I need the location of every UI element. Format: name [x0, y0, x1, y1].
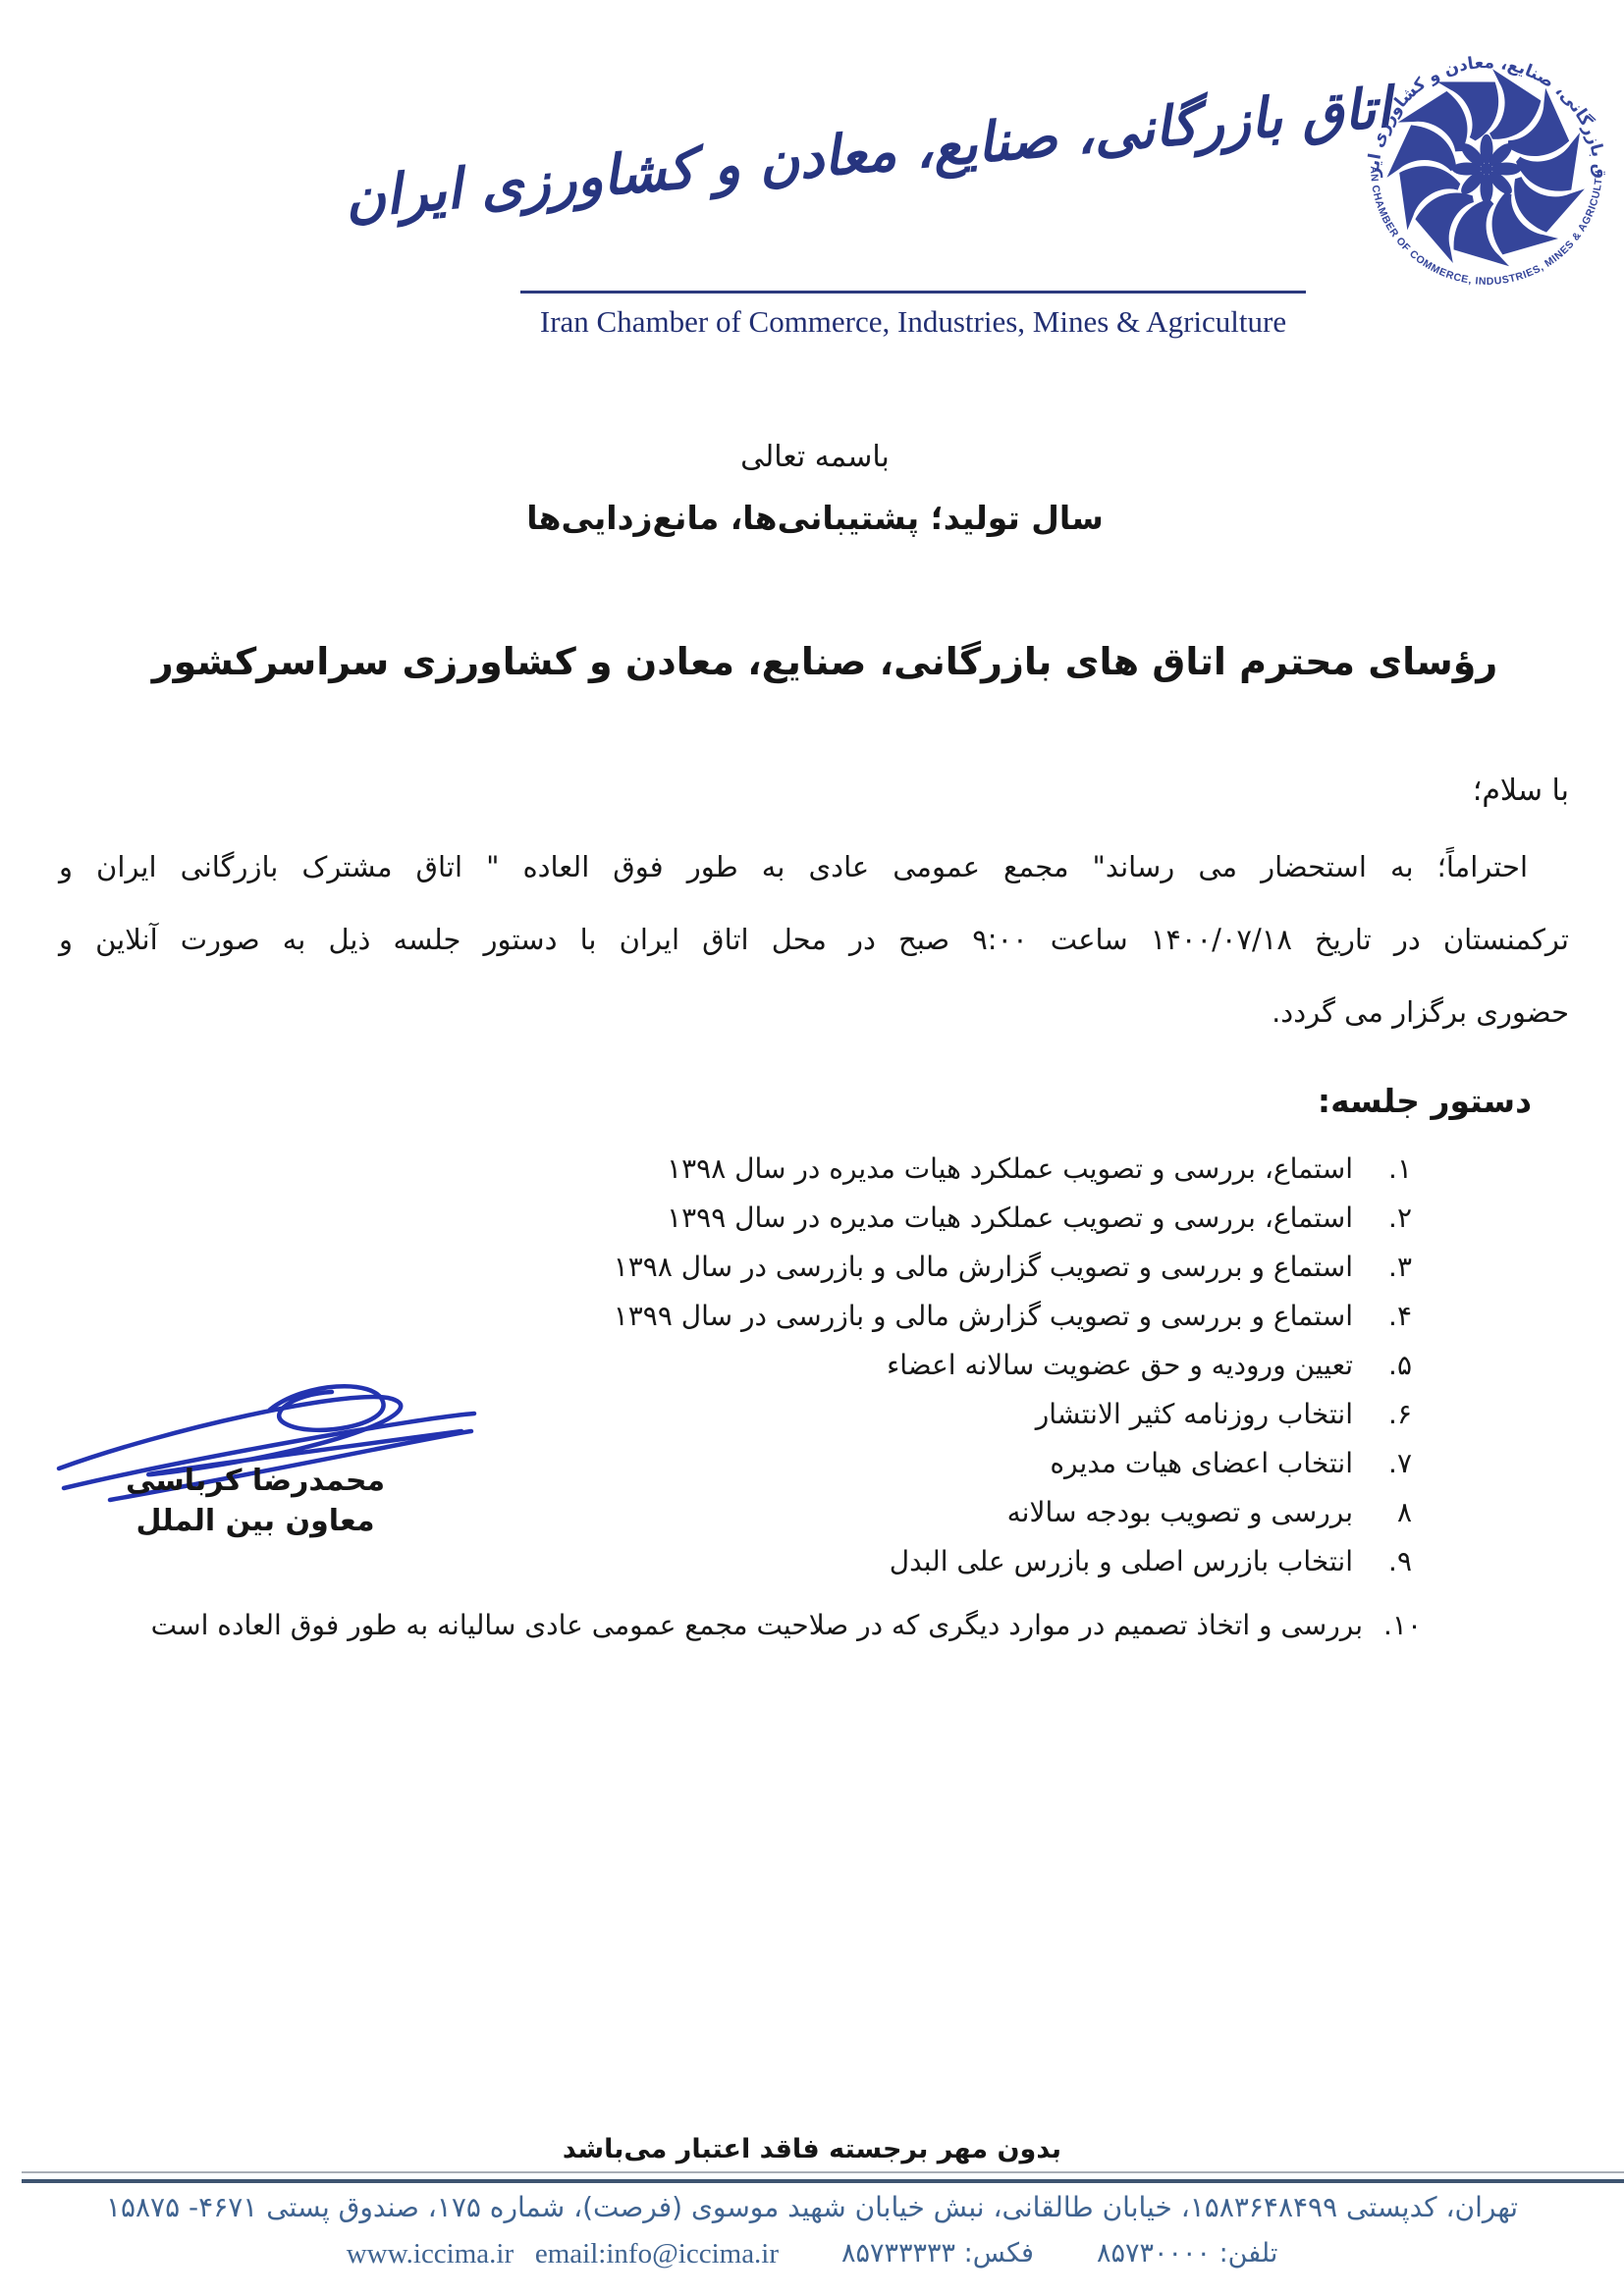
- agenda-item-text: استماع و بررسی و تصویب گزارش مالی و بازر…: [614, 1243, 1369, 1292]
- recipient-title: رؤسای محترم اتاق های بازرگانی، صنایع، مع…: [0, 640, 1624, 683]
- signatory-title: معاون بین الملل: [93, 1501, 417, 1541]
- header-divider: [520, 291, 1306, 294]
- footer-contact-line: تلفن: ۸۵۷۳۰۰۰۰ فکس: ۸۵۷۳۳۳۳۳ www.iccima.…: [0, 2238, 1624, 2270]
- agenda-item: ۲. استماع، بررسی و تصویب عملکرد هیات مدی…: [59, 1194, 1412, 1243]
- agenda-heading: دستور جلسه:: [1318, 1082, 1532, 1120]
- body-line-2: ترکمنستان در تاریخ ۱۴۰۰/۰۷/۱۸ ساعت ۹:۰۰ …: [59, 903, 1569, 976]
- footer-divider: [22, 2171, 1624, 2183]
- agenda-item: ۱. استماع، بررسی و تصویب عملکرد هیات مدی…: [59, 1145, 1412, 1194]
- agenda-item-text: بررسی و تصویب بودجه سالانه: [1007, 1488, 1369, 1537]
- agenda-item-text: انتخاب اعضای هیات مدیره: [1050, 1439, 1369, 1488]
- agenda-item-text: استماع و بررسی و تصویب گزارش مالی و بازر…: [614, 1292, 1369, 1341]
- body-line-1: احتراماً؛ به استحضار می رساند" مجمع عموم…: [59, 830, 1569, 903]
- agenda-item-text: انتخاب روزنامه کثیر الانتشار: [1036, 1390, 1369, 1439]
- body-line-3: حضوری برگزار می گردد.: [59, 976, 1569, 1048]
- agenda-item-number: ۹.: [1369, 1537, 1412, 1586]
- agenda-item: ۳. استماع و بررسی و تصویب گزارش مالی و ب…: [59, 1243, 1412, 1292]
- agenda-item-number: ۴.: [1369, 1292, 1412, 1341]
- validity-note: بدون مهر برجسته فاقد اعتبار می‌باشد: [0, 2134, 1624, 2164]
- agenda-item-number: ۲.: [1369, 1194, 1412, 1243]
- agenda-item-number: ۱.: [1369, 1145, 1412, 1194]
- signatory-block: محمدرضا کرباسی معاون بین الملل: [93, 1461, 417, 1541]
- footer-web-email: www.iccima.ir email:info@iccima.ir: [347, 2238, 779, 2270]
- agenda-item-number: ۸: [1369, 1488, 1412, 1537]
- basmala: باسمه تعالی: [0, 440, 1624, 474]
- agenda-item: ۱۰. بررسی و اتخاذ تصمیم در موارد دیگری ک…: [59, 1601, 1422, 1650]
- letter-page: اتاق بازرگانی، صنایع، معادن و کشاورزی ای…: [0, 0, 1624, 2296]
- agenda-item-number: ۶.: [1369, 1390, 1412, 1439]
- footer-phone: تلفن: ۸۵۷۳۰۰۰۰: [1097, 2238, 1277, 2270]
- agenda-item: ۹. انتخاب بازرس اصلی و بازرس علی البدل: [59, 1537, 1412, 1586]
- salutation: با سلام؛: [1473, 774, 1569, 808]
- agenda-item: ۴. استماع و بررسی و تصویب گزارش مالی و ب…: [59, 1292, 1412, 1341]
- calligraphy-title: اتاق بازرگانی، صنایع، معادن و کشاورزی ای…: [420, 27, 1316, 280]
- chamber-logo-icon: اتاق بازرگانی، صنایع، معادن و کشاورزی ای…: [1353, 35, 1620, 302]
- agenda-item-number: ۳.: [1369, 1243, 1412, 1292]
- agenda-item-number: ۵.: [1369, 1341, 1412, 1390]
- footer-address: تهران، کدپستی ۱۵۸۳۶۴۸۴۹۹، خیابان طالقانی…: [0, 2191, 1624, 2223]
- year-slogan: سال تولید؛ پشتیبانی‌ها، مانع‌زدایی‌ها: [0, 499, 1624, 537]
- agenda-item-text: تعیین ورودیه و حق عضویت سالانه اعضاء: [887, 1341, 1369, 1390]
- org-name-english: Iran Chamber of Commerce, Industries, Mi…: [447, 304, 1380, 340]
- signatory-name: محمدرضا کرباسی: [93, 1461, 417, 1501]
- agenda-item-number: ۱۰.: [1379, 1601, 1422, 1650]
- agenda-item-text: استماع، بررسی و تصویب عملکرد هیات مدیره …: [667, 1145, 1369, 1194]
- body-paragraph: احتراماً؛ به استحضار می رساند" مجمع عموم…: [59, 830, 1569, 1048]
- agenda-item-text: استماع، بررسی و تصویب عملکرد هیات مدیره …: [667, 1194, 1369, 1243]
- footer-fax: فکس: ۸۵۷۳۳۳۳۳: [841, 2238, 1034, 2270]
- agenda-item-text: انتخاب بازرس اصلی و بازرس علی البدل: [890, 1537, 1369, 1586]
- agenda-item-number: ۷.: [1369, 1439, 1412, 1488]
- agenda-item-text: بررسی و اتخاذ تصمیم در موارد دیگری که در…: [151, 1601, 1379, 1650]
